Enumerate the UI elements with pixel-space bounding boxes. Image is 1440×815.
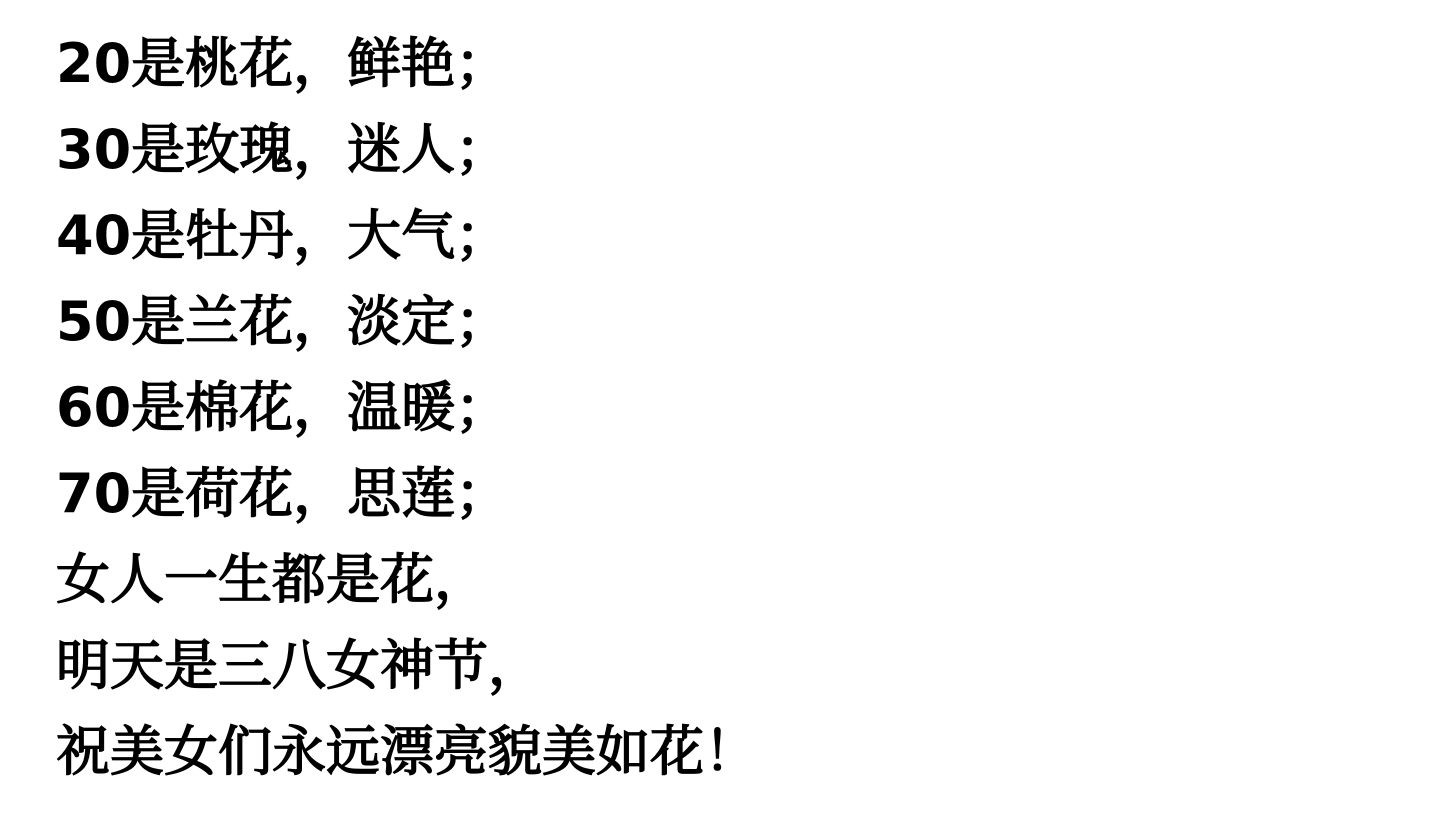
text-line-age-70: 70是荷花，思莲； [56, 458, 758, 544]
text-line-age-50: 50是兰花，淡定； [56, 286, 758, 372]
text-line-age-40: 40是牡丹，大气； [56, 200, 758, 286]
text-line-holiday: 明天是三八女神节， [56, 630, 758, 716]
text-line-summary: 女人一生都是花， [56, 544, 758, 630]
text-line-age-20: 20是桃花，鲜艳； [56, 28, 758, 114]
greeting-text-block: 20是桃花，鲜艳； 30是玫瑰，迷人； 40是牡丹，大气； 50是兰花，淡定； … [56, 28, 758, 802]
text-line-age-30: 30是玫瑰，迷人； [56, 114, 758, 200]
text-line-age-60: 60是棉花，温暖； [56, 372, 758, 458]
text-line-wish: 祝美女们永远漂亮貌美如花！ [56, 716, 758, 802]
